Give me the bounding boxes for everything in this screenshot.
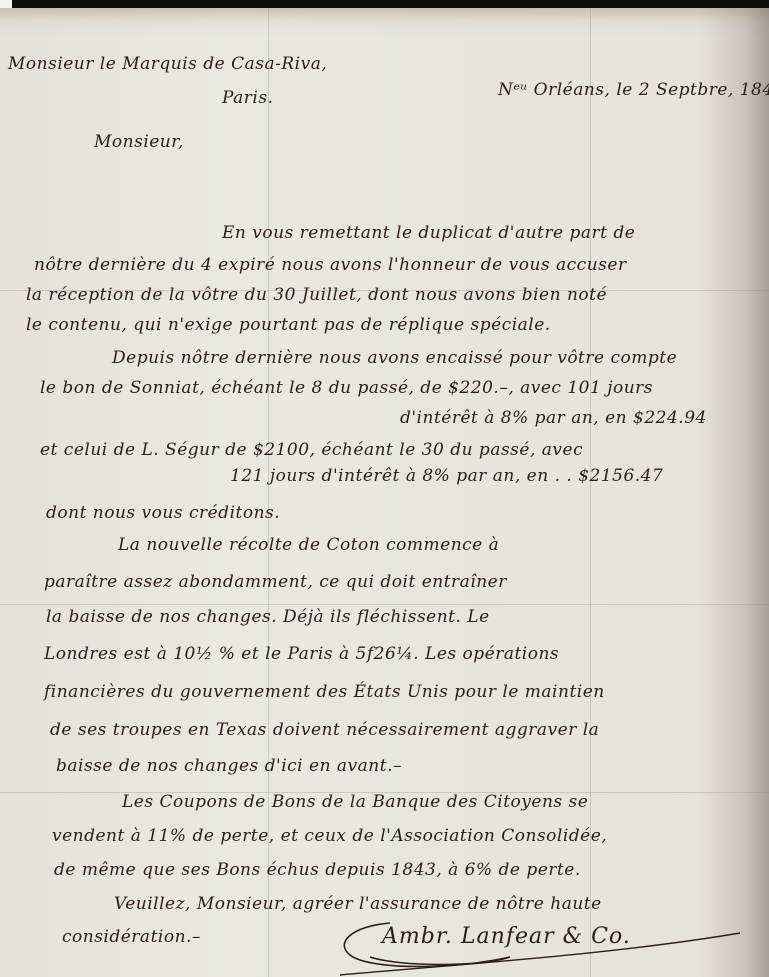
interest-line-1: d'intérêt à 8% par an, en $224.94 <box>400 408 707 428</box>
fold-line-horizontal <box>0 604 769 605</box>
interest-line-2: 121 jours d'intérêt à 8% par an, en . . … <box>230 466 663 486</box>
body-line: baisse de nos changes d'ici en avant.– <box>56 756 402 776</box>
body-line: paraître assez abondamment, ce qui doit … <box>44 572 507 592</box>
body-line: dont nous vous créditons. <box>46 503 280 523</box>
body-line: le contenu, qui n'exige pourtant pas de … <box>26 315 551 335</box>
addressee: Monsieur le Marquis de Casa-Riva, <box>8 54 327 74</box>
closing-line: considération.– <box>62 927 201 947</box>
body-line: Les Coupons de Bons de la Banque des Cit… <box>122 792 588 812</box>
body-line: de même que ses Bons échus depuis 1843, … <box>54 860 581 880</box>
dateline: Nᵉᵘ Orléans, le 2 Septbre, 1845. <box>498 80 769 100</box>
body-line: la réception de la vôtre du 30 Juillet, … <box>26 285 607 305</box>
body-line: vendent à 11% de perte, et ceux de l'Ass… <box>52 826 607 846</box>
body-line: financières du gouvernement des États Un… <box>44 682 605 702</box>
signature: Ambr. Lanfear & Co. <box>382 924 631 949</box>
body-line: le bon de Sonniat, échéant le 8 du passé… <box>40 378 653 398</box>
body-line: et celui de L. Ségur de $2100, échéant l… <box>40 440 583 460</box>
city: Paris. <box>222 88 274 108</box>
body-line: Depuis nôtre dernière nous avons encaiss… <box>112 348 677 368</box>
body-line: nôtre dernière du 4 expiré nous avons l'… <box>34 255 627 275</box>
body-line: de ses troupes en Texas doivent nécessai… <box>50 720 599 740</box>
salutation: Monsieur, <box>94 132 184 152</box>
exchange-rates-line: Londres est à 10½ % et le Paris à 5f26¼.… <box>44 644 559 664</box>
body-line: En vous remettant le duplicat d'autre pa… <box>222 223 635 243</box>
body-line: La nouvelle récolte de Coton commence à <box>118 535 499 555</box>
body-line: la baisse de nos changes. Déjà ils fléch… <box>46 607 490 627</box>
